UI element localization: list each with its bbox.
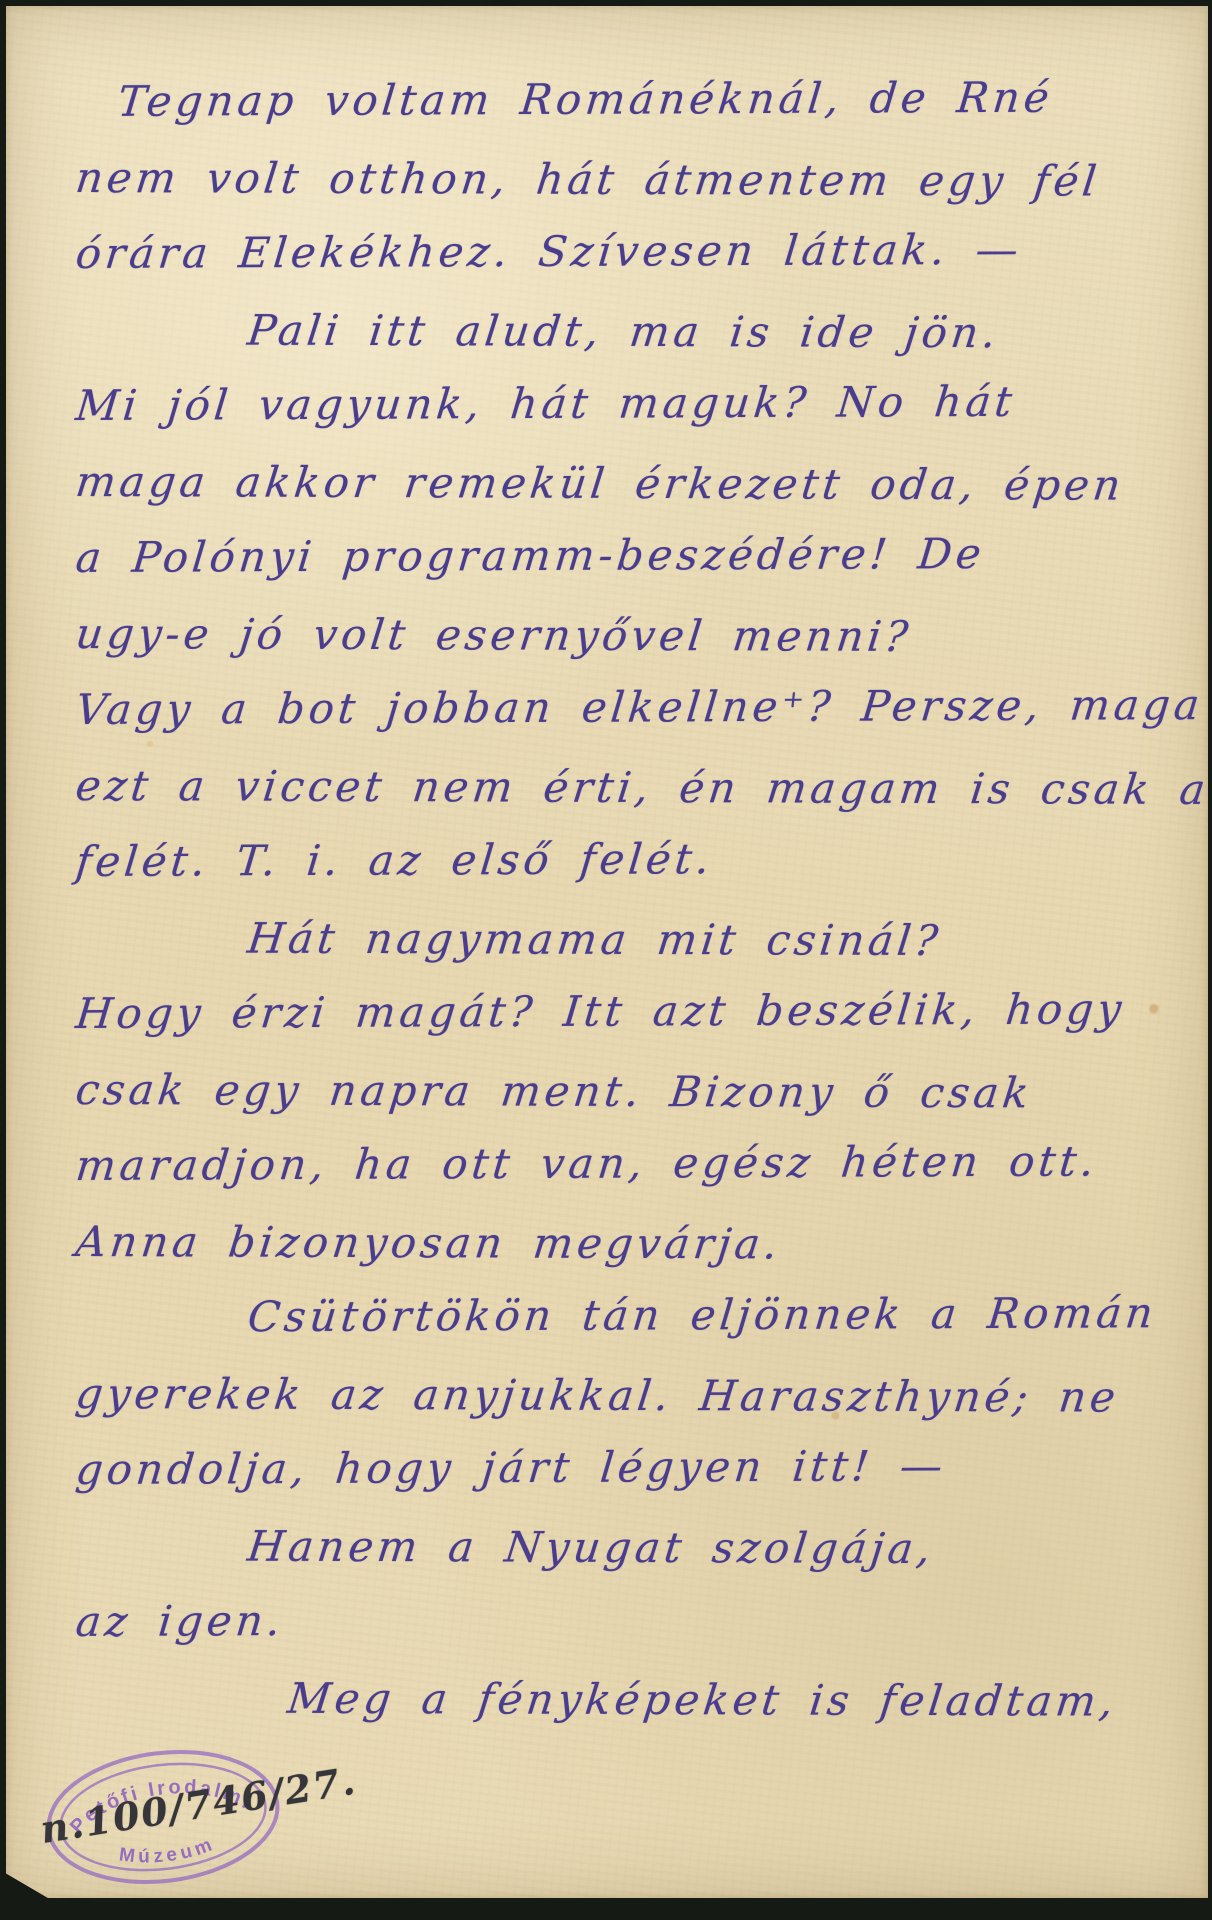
letter-line: Mi jól vagyunk, hát maguk? No hát	[72, 363, 1206, 444]
letter-line: Hogy érzi magát? Itt azt beszélik, hogy	[72, 971, 1206, 1052]
letter-line: Csütörtökön tán eljönnek a Román	[72, 1275, 1206, 1356]
letter-line: órára Elekékhez. Szívesen láttak. —	[72, 211, 1206, 292]
stamp-text-bottom: Múzeum	[115, 1833, 219, 1873]
letter-line: ugy-e jó volt esernyővel menni?	[72, 596, 1206, 676]
letter-line: Hanem a Nyugat szolgája,	[72, 1508, 1206, 1588]
letter-line: a Polónyi programm-beszédére! De	[72, 515, 1206, 596]
letter-page: Tegnap voltam Románéknál, de Rné nem vol…	[6, 6, 1208, 1898]
museum-stamp: Petőfi Irodalmi Múzeum n.100/746/27.	[32, 1730, 294, 1905]
letter-line: az igen.	[72, 1579, 1206, 1660]
letter-line: Anna bizonyosan megvárja.	[72, 1204, 1206, 1284]
letter-line: gondolja, hogy járt légyen itt! —	[72, 1427, 1206, 1508]
scanned-letter-page: { "letter": { "lines": [ "Tegnap voltam …	[0, 0, 1212, 1920]
letter-line: felét. T. i. az első felét.	[72, 819, 1206, 900]
letter-line: Hát nagymama mit csinál?	[72, 900, 1206, 980]
letter-line: Pali itt aludt, ma is ide jön.	[72, 292, 1206, 372]
letter-line: Vagy a bot jobban elkellne⁺? Persze, mag…	[72, 667, 1206, 748]
letter-line: maga akkor remekül érkezett oda, épen	[72, 444, 1206, 524]
letter-body: Tegnap voltam Románéknál, de Rné nem vol…	[76, 64, 1202, 1736]
letter-line: Meg a fényképeket is feladtam,	[72, 1660, 1206, 1740]
letter-line: maradjon, ha ott van, egész héten ott.	[72, 1123, 1206, 1204]
letter-line: csak egy napra ment. Bizony ő csak	[72, 1052, 1206, 1132]
letter-line: Tegnap voltam Románéknál, de Rné	[72, 59, 1206, 140]
letter-line: nem volt otthon, hát átmentem egy fél	[72, 140, 1206, 220]
letter-line: gyerekek az anyjukkal. Haraszthyné; ne	[72, 1356, 1206, 1436]
letter-line: ezt a viccet nem érti, én magam is csak …	[72, 748, 1206, 828]
